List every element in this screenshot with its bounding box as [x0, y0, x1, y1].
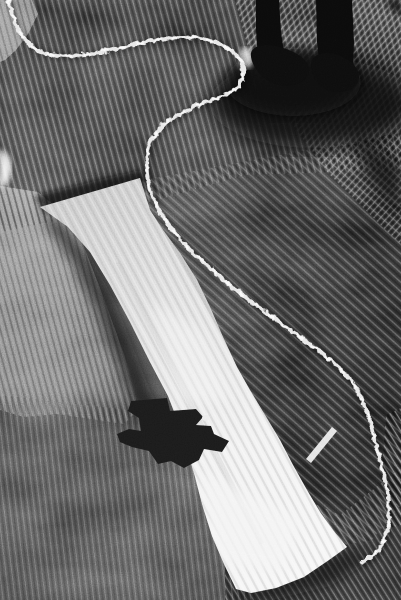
- film-grain: [0, 0, 401, 600]
- photo-canvas: [0, 0, 401, 600]
- photograph: [0, 0, 401, 600]
